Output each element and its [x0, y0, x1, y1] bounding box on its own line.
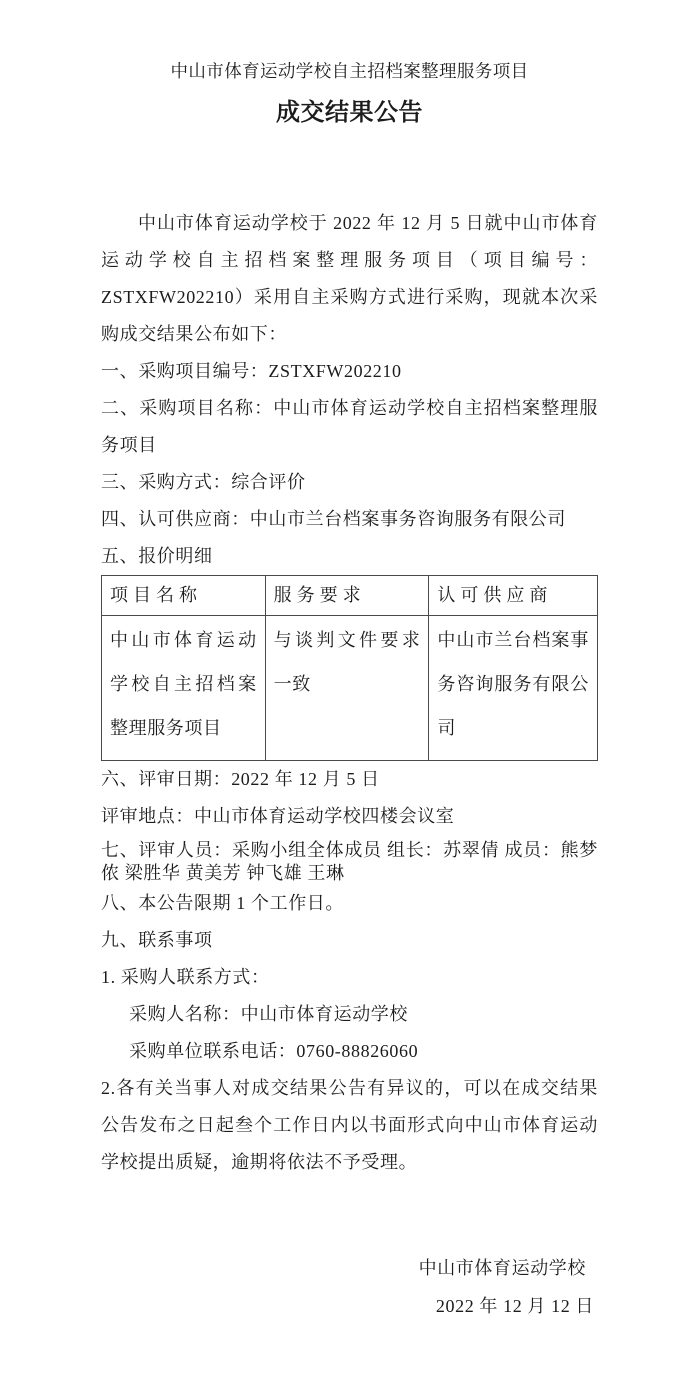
table-header-approved-supplier: 认可供应商 — [429, 576, 598, 616]
document-subtitle: 成交结果公告 — [101, 97, 598, 129]
signature-block: 中山市体育运动学校 2022 年 12 月 12 日 — [101, 1249, 598, 1325]
signature-organization: 中山市体育运动学校 — [101, 1249, 598, 1287]
clause-review-panel: 七、评审人员：采购小组全体成员 组长：苏翠倩 成员：熊梦侬 梁胜华 黄美芳 钟飞… — [101, 839, 598, 885]
clause-announcement-period: 八、本公告限期 1 个工作日。 — [101, 885, 598, 922]
intro-paragraph: 中山市体育运动学校于 2022 年 12 月 5 日就中山市体育运动学校自主招档… — [101, 205, 598, 353]
purchaser-phone: 采购单位联系电话：0760-88826060 — [101, 1033, 598, 1070]
clause-review-date: 六、评审日期：2022 年 12 月 5 日 — [101, 761, 598, 798]
announcement-document: 中山市体育运动学校自主招档案整理服务项目 成交结果公告 中山市体育运动学校于 2… — [0, 0, 700, 1385]
clause-project-name: 二、采购项目名称：中山市体育运动学校自主招档案整理服务项目 — [101, 390, 598, 464]
objection-notice: 2.各有关当事人对成交结果公告有异议的，可以在成交结果公告发布之日起叁个工作日内… — [101, 1070, 598, 1181]
table-header-row: 项目名称 服务要求 认可供应商 — [102, 576, 598, 616]
clause-approved-supplier: 四、认可供应商：中山市兰台档案事务咨询服务有限公司 — [101, 501, 598, 538]
contact-method-heading: 1. 采购人联系方式： — [101, 959, 598, 996]
clause-quotation-detail: 五、报价明细 — [101, 538, 598, 575]
table-row: 中山市体育运动学校自主招档案整理服务项目 与谈判文件要求一致 中山市兰台档案事务… — [102, 616, 598, 761]
document-title: 中山市体育运动学校自主招档案整理服务项目 — [101, 58, 598, 84]
table-cell-approved-supplier: 中山市兰台档案事务咨询服务有限公司 — [429, 616, 598, 761]
purchaser-name: 采购人名称：中山市体育运动学校 — [101, 996, 598, 1033]
review-location: 评审地点：中山市体育运动学校四楼会议室 — [101, 798, 598, 835]
table-cell-service-requirement: 与谈判文件要求一致 — [265, 616, 429, 761]
table-header-project-name: 项目名称 — [102, 576, 266, 616]
signature-date: 2022 年 12 月 12 日 — [101, 1287, 598, 1325]
table-header-service-requirement: 服务要求 — [265, 576, 429, 616]
clause-procurement-method: 三、采购方式：综合评价 — [101, 464, 598, 501]
clause-project-number: 一、采购项目编号：ZSTXFW202210 — [101, 353, 598, 390]
clause-contact-matters: 九、联系事项 — [101, 922, 598, 959]
quotation-table: 项目名称 服务要求 认可供应商 中山市体育运动学校自主招档案整理服务项目 与谈判… — [101, 575, 598, 761]
table-cell-project-name: 中山市体育运动学校自主招档案整理服务项目 — [102, 616, 266, 761]
